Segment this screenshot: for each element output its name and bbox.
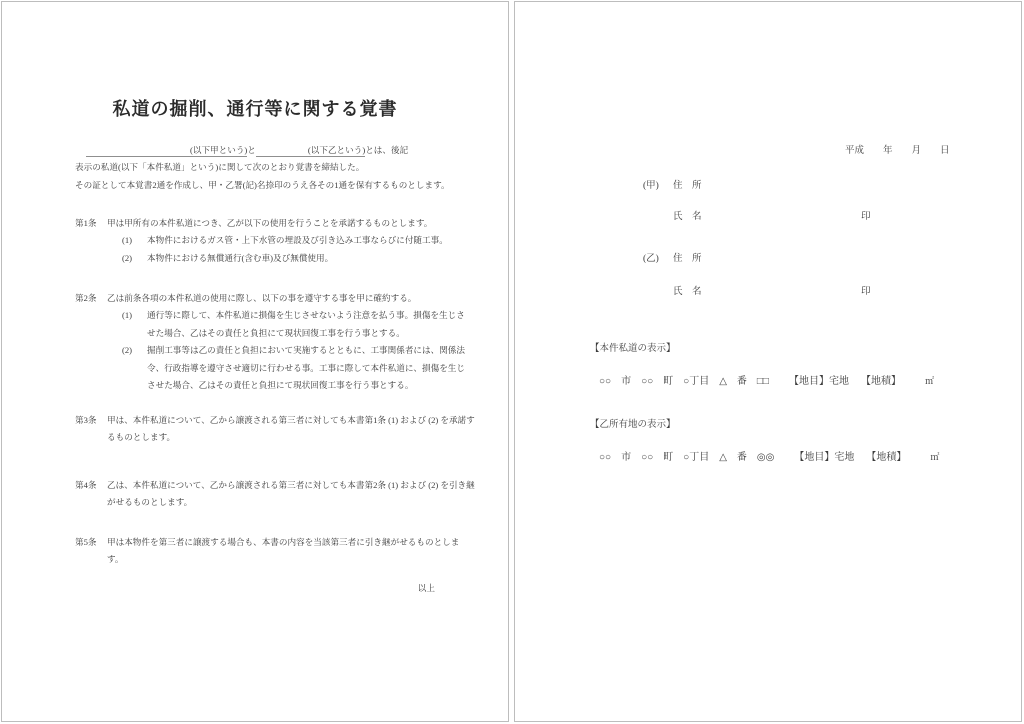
article-1-label: 第1条 <box>75 215 107 232</box>
private-road-land-category: 【地目】宅地 <box>789 372 849 387</box>
party-b-land-location[interactable]: ○○ 市 ○○ 町 ○丁目 △ 番 ◎◎ <box>599 448 774 463</box>
party-a-fill-in[interactable]: (以下甲という) <box>86 145 247 157</box>
article-1-item-1: (1) 本物件におけるガス管・上下水管の埋設及び引き込み工事ならびに付随工事。 <box>122 232 475 249</box>
party-b-land-area-label[interactable]: 【地積】 <box>866 448 906 463</box>
private-road-area-label[interactable]: 【地積】 <box>861 372 901 387</box>
document-title: 私道の掘削、通行等に関する覚書 <box>2 95 508 121</box>
party-a-mark: (甲) <box>643 177 659 191</box>
party-a-suffix: (以下甲という) <box>190 145 247 155</box>
party-b-address-label[interactable]: 住 所 <box>673 250 702 264</box>
party-b-land-category: 【地目】宅地 <box>794 448 854 463</box>
article-1-body: 甲は甲所有の本件私道につき、乙が以下の使用を行うことを承諾するものとします。 <box>107 215 475 232</box>
article-3-label: 第3条 <box>75 412 107 447</box>
parties-connector: と <box>247 145 256 155</box>
party-a-address-label[interactable]: 住 所 <box>673 177 702 191</box>
private-road-area-unit: ㎡ <box>925 374 934 387</box>
party-b-land-section-heading: 【乙所有地の表示】 <box>590 416 676 430</box>
party-b-name-label[interactable]: 氏 名 <box>673 283 702 297</box>
party-b-land-area-unit: ㎡ <box>930 450 939 463</box>
article-1-item-2: (2) 本物件における無償通行(含む車)及び無償使用。 <box>122 250 475 267</box>
parties-line: (以下甲という)と(以下乙という)とは、後記 <box>75 142 461 159</box>
article-2-item-2: (2) 掘削工事等は乙の責任と負担において実施するとともに、工事関係者には、関係… <box>122 342 475 394</box>
article-1: 第1条 甲は甲所有の本件私道につき、乙が以下の使用を行うことを承諾するものとしま… <box>75 215 475 267</box>
party-b-land-description: ○○ 市 ○○ 町 ○丁目 △ 番 ◎◎ 【地目】宅地 【地積】 ㎡ <box>599 448 939 463</box>
article-3-body: 甲は、本件私道について、乙から譲渡される第三者に対しても本書第1条 (1) およ… <box>107 412 475 447</box>
article-4-body: 乙は、本件私道について、乙から譲渡される第三者に対しても本書第2条 (1) およ… <box>107 477 475 512</box>
memo-page-1: 私道の掘削、通行等に関する覚書 (以下甲という)と(以下乙という)とは、後記 表… <box>1 1 509 722</box>
article-4-label: 第4条 <box>75 477 107 512</box>
intro-line-2: 表示の私道(以下「本件私道」という)に関して次のとおり覚書を締結した。 <box>75 159 461 176</box>
article-2-item-1: (1) 通行等に際して、本件私道に損傷を生じさせないよう注意を払う事。損傷を生じ… <box>122 307 475 342</box>
party-b-mark: (乙) <box>643 250 659 264</box>
private-road-description: ○○ 市 ○○ 町 ○丁目 △ 番 □□ 【地目】宅地 【地積】 ㎡ <box>599 372 934 387</box>
party-b-suffix: (以下乙という) <box>308 145 365 155</box>
intro-line-3: その証として本覚書2通を作成し、甲・乙署(記)名捺印のうえ各その1通を保有するも… <box>75 177 461 194</box>
party-a-seal-mark: 印 <box>861 208 871 222</box>
party-b-fill-in[interactable]: (以下乙という) <box>256 145 365 157</box>
article-5-label: 第5条 <box>75 534 107 569</box>
party-a-name-label[interactable]: 氏 名 <box>673 208 702 222</box>
article-2-body: 乙は前条各項の本件私道の使用に際し、以下の事を遵守する事を甲に確約する。 <box>107 290 475 307</box>
article-5-body: 甲は本物件を第三者に譲渡する場合も、本書の内容を当該第三者に引き継がせるものとし… <box>107 534 475 569</box>
memo-page-2: 平成 年 月 日 (甲) 住 所 氏 名 印 (乙) 住 所 氏 名 印 【本件… <box>514 1 1022 722</box>
private-road-section-heading: 【本件私道の表示】 <box>590 340 676 354</box>
intro-paragraph: (以下甲という)と(以下乙という)とは、後記 表示の私道(以下「本件私道」という… <box>75 142 461 194</box>
date-line[interactable]: 平成 年 月 日 <box>845 142 950 156</box>
article-2-label: 第2条 <box>75 290 107 307</box>
party-b-seal-mark: 印 <box>861 283 871 297</box>
article-5: 第5条 甲は本物件を第三者に譲渡する場合も、本書の内容を当該第三者に引き継がせる… <box>75 534 475 569</box>
article-4: 第4条 乙は、本件私道について、乙から譲渡される第三者に対しても本書第2条 (1… <box>75 477 475 512</box>
closing-mark: 以上 <box>75 582 435 594</box>
article-3: 第3条 甲は、本件私道について、乙から譲渡される第三者に対しても本書第1条 (1… <box>75 412 475 447</box>
article-2: 第2条 乙は前条各項の本件私道の使用に際し、以下の事を遵守する事を甲に確約する。… <box>75 290 475 394</box>
private-road-location[interactable]: ○○ 市 ○○ 町 ○丁目 △ 番 □□ <box>599 372 769 387</box>
parties-line-tail: とは、後記 <box>365 145 408 155</box>
